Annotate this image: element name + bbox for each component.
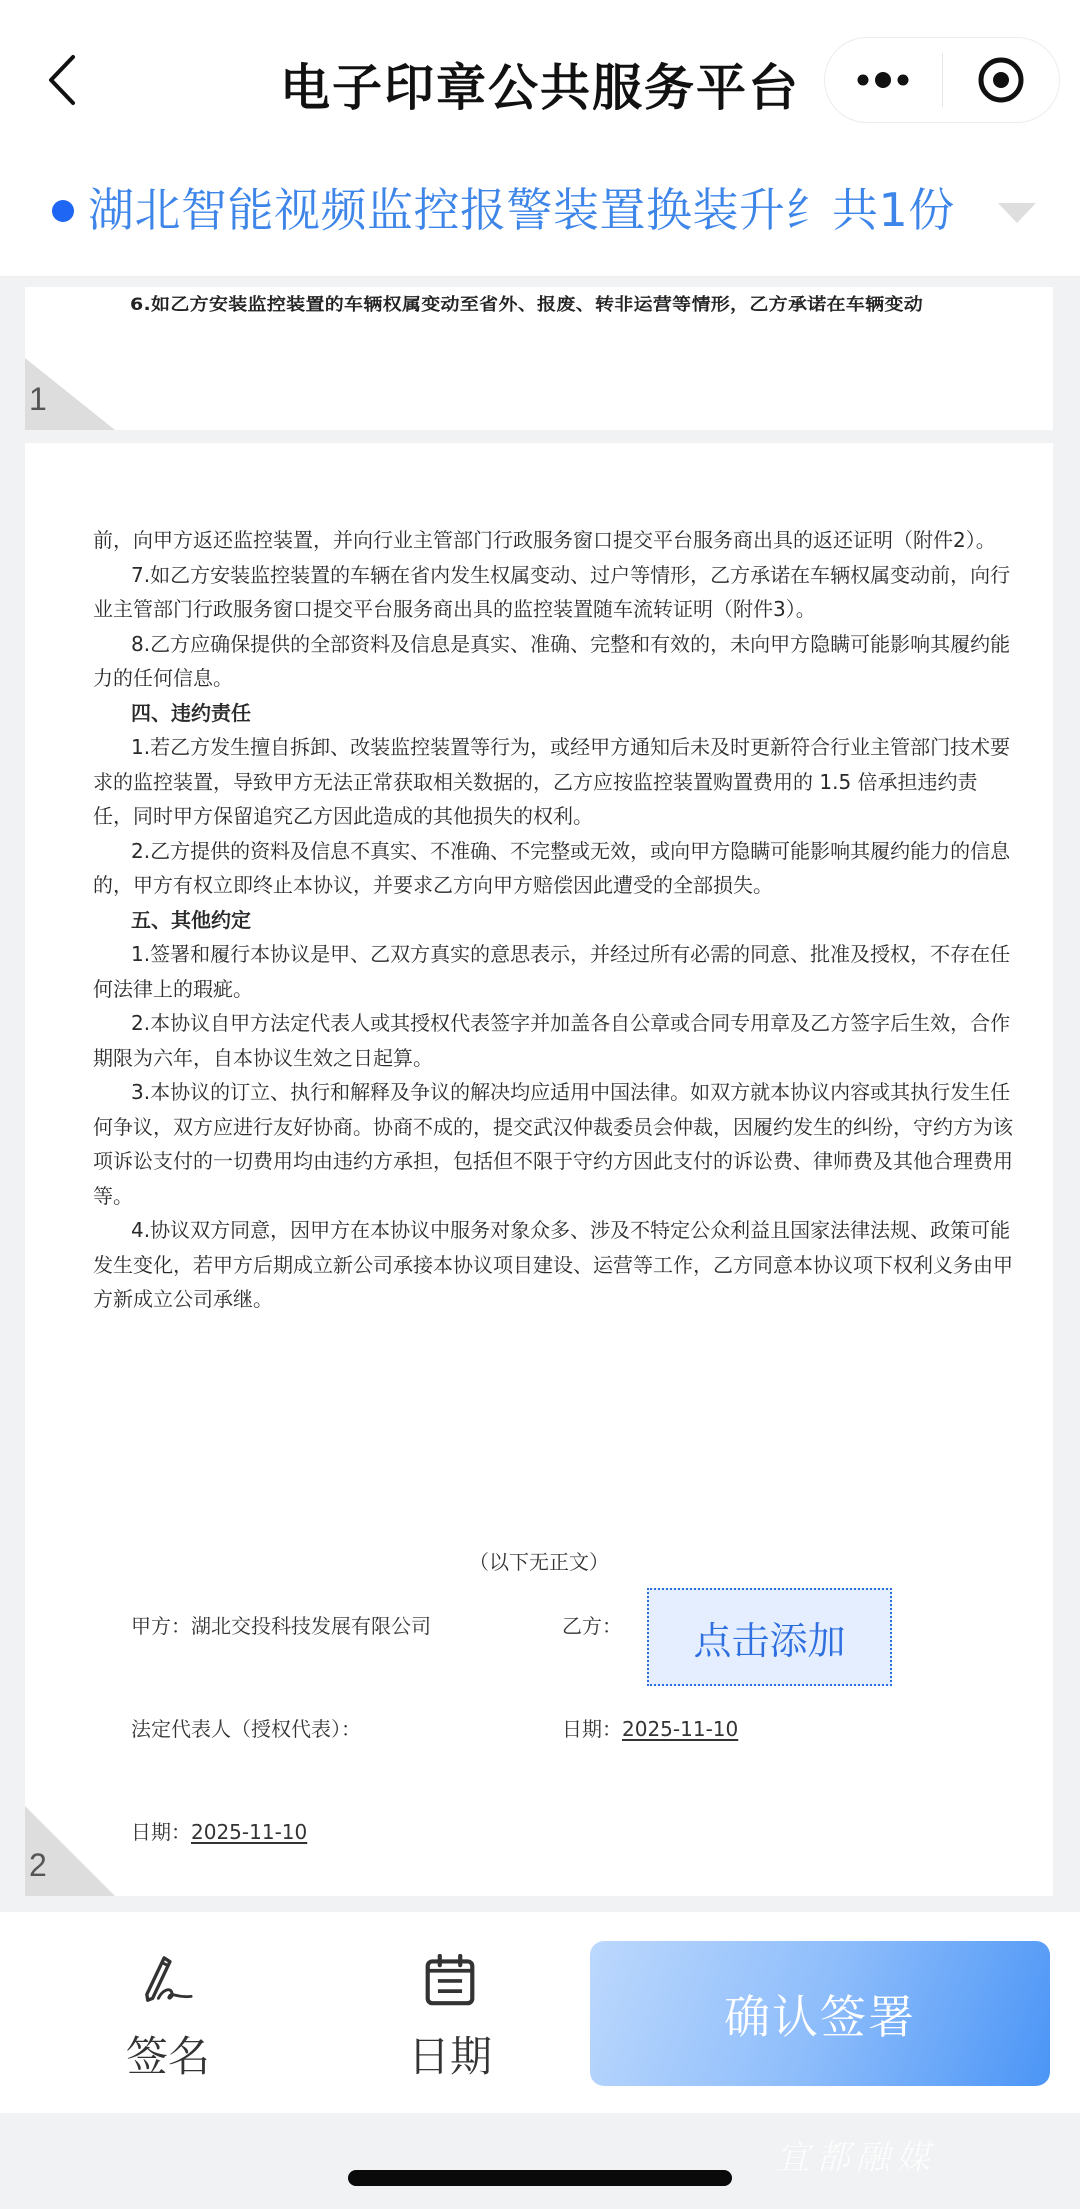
calendar-icon (423, 1954, 477, 2006)
target-circle-icon (976, 55, 1026, 105)
watermark: 宜都融媒 (776, 2130, 936, 2179)
bottom-action-bar: 签名 日期 确认签署 (0, 1912, 1080, 2113)
signature-tool-button[interactable]: 签名 (98, 1954, 238, 2084)
signature-tool-label: 签名 (126, 2024, 210, 2084)
miniprogram-capsule (824, 37, 1060, 123)
page-number: 1 (29, 381, 47, 418)
date-label: 日期： (562, 1717, 622, 1741)
party-a-date-value: 2025-11-10 (191, 1820, 307, 1844)
signature-pen-icon (138, 1954, 198, 2006)
party-a-date-field: 日期：2025-11-10 (131, 1816, 307, 1845)
page-text-line: 6.如乙方安装监控装置的车辆权属变动至省外、报废、转非运营等情形，乙方承诺在车辆… (130, 291, 923, 315)
party-b-date-field[interactable]: 日期：2025-11-10 (562, 1713, 738, 1742)
document-page-1: 6.如乙方安装监控装置的车辆权属变动至省外、报废、转非运营等情形，乙方承诺在车辆… (25, 287, 1053, 430)
document-page-2: 前，向甲方返还监控装置，并向行业主管部门行政服务窗口提交平台服务商出具的返还证明… (25, 443, 1053, 1896)
confirm-sign-button[interactable]: 确认签署 (590, 1941, 1050, 2086)
nav-header: 电子印章公共服务平台 (0, 0, 1080, 140)
page-number-badge: 2 (25, 1806, 115, 1896)
signature-section: （以下无正文） 甲方：湖北交投科技发展有限公司 乙方： 点击添加 法定代表人（授… (25, 443, 1053, 1896)
party-a-label: 甲方：湖北交投科技发展有限公司 (131, 1610, 431, 1639)
home-indicator[interactable] (348, 2170, 732, 2186)
party-b-date-value: 2025-11-10 (622, 1717, 738, 1741)
page-number: 2 (29, 1847, 47, 1884)
add-signature-box[interactable]: 点击添加 (647, 1588, 892, 1686)
close-miniprogram-button[interactable] (943, 38, 1060, 122)
document-viewer[interactable]: 6.如乙方安装监控装置的车辆权属变动至省外、报废、转非运营等情形，乙方承诺在车辆… (0, 277, 1080, 1912)
date-tool-label: 日期 (408, 2024, 492, 2084)
page-number-badge: 1 (25, 340, 115, 430)
party-b-label: 乙方： (562, 1610, 622, 1639)
more-dots-icon (855, 70, 911, 90)
date-label: 日期： (131, 1820, 191, 1844)
no-body-note: （以下无正文） (25, 1546, 1053, 1575)
dropdown-caret-icon[interactable] (998, 203, 1036, 223)
document-selector[interactable]: 湖北智能视频监控报警装置换装升纟共1份 (0, 140, 1080, 277)
document-title: 湖北智能视频监控报警装置换装升纟共1份 (88, 174, 955, 240)
legal-rep-label: 法定代表人（授权代表）： (131, 1713, 361, 1742)
more-button[interactable] (825, 38, 942, 122)
date-tool-button[interactable]: 日期 (380, 1954, 520, 2084)
document-status-dot (52, 200, 74, 222)
